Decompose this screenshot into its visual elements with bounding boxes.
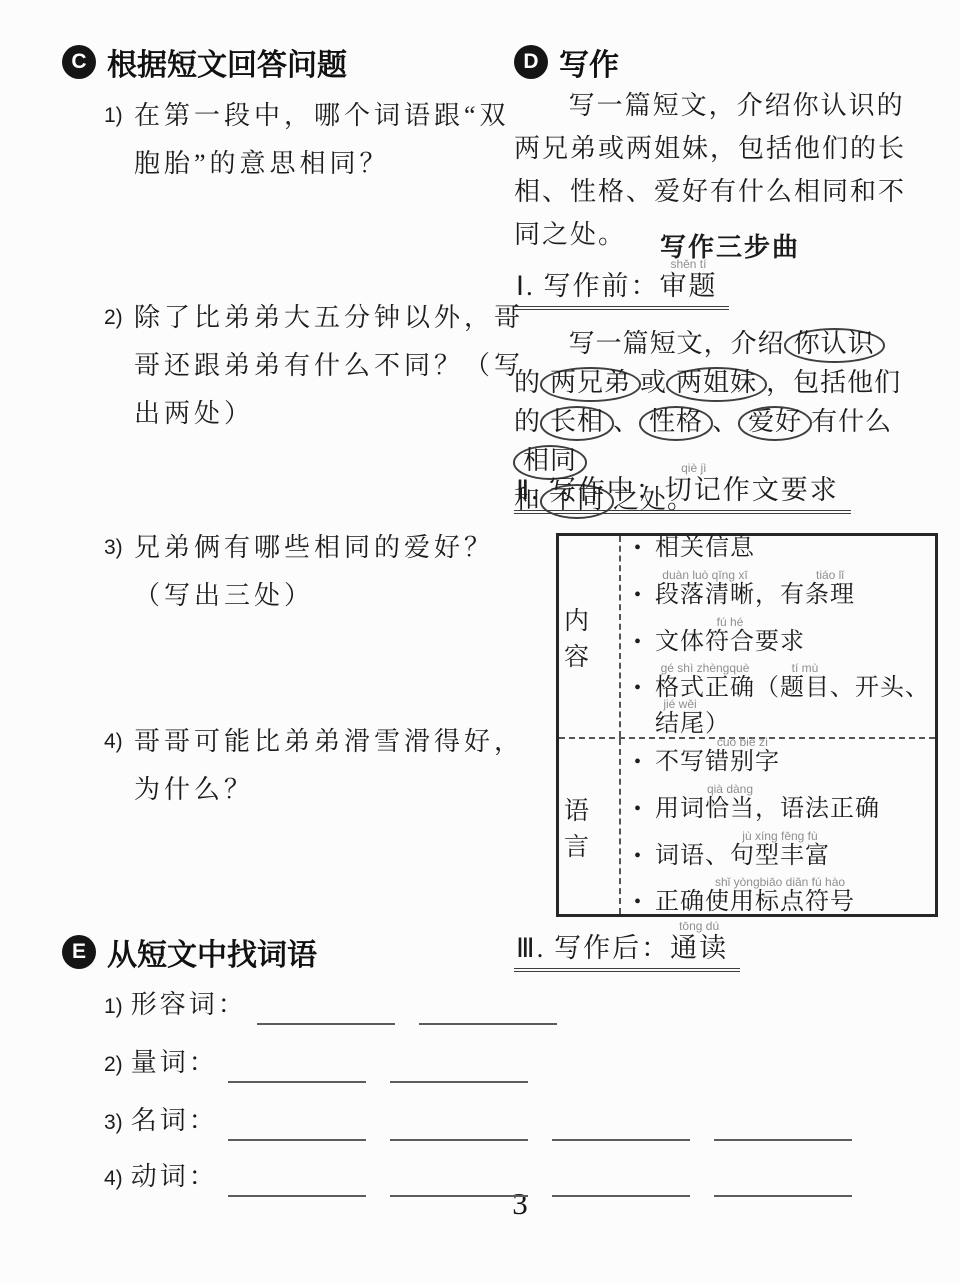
- question-text: 在第一段中，哪个词语跟“双胞胎”的意思相同？: [134, 92, 538, 188]
- item-label: 形容词：: [131, 990, 247, 1019]
- pinyin-annotated-word: 切记qiè jì: [665, 475, 723, 505]
- section-e-title: 从短文中找词语: [107, 930, 317, 974]
- pinyin-annotated-word: 句型丰富jù xíng fēng fù: [730, 843, 830, 869]
- circled-keyword: 两兄弟: [540, 367, 641, 402]
- item-number: 3): [104, 1111, 123, 1134]
- requirement-item: •段落清晰duàn luò qīng xī，有条理tiáo lǐ: [634, 569, 933, 610]
- question-text: 哥哥可能比弟弟滑雪滑得好，为什么？: [134, 718, 538, 814]
- question-text: 兄弟俩有哪些相同的爱好？（写出三处）: [134, 524, 538, 620]
- answer-blank[interactable]: [228, 1053, 366, 1083]
- pinyin-annotated-word: 条理tiáo lǐ: [805, 582, 855, 608]
- question-number: 2): [104, 294, 134, 438]
- writing-requirements-table: 内容•相关信息•段落清晰duàn luò qīng xī，有条理tiáo lǐ•…: [556, 533, 938, 917]
- pinyin-annotated-word: 错别字cuò bié zì: [705, 749, 780, 775]
- section-c-title: 根据短文回答问题: [107, 40, 347, 84]
- pinyin-annotated-word: 段落清晰duàn luò qīng xī: [655, 582, 755, 608]
- bullet-icon: •: [634, 890, 655, 914]
- table-row-label: 语言: [559, 739, 621, 914]
- section-d-title: 写作: [559, 40, 619, 84]
- pinyin-annotated-word: 符合fú hé: [705, 629, 755, 655]
- writing-step-heading: Ⅱ. 写作中：切记qiè jì作文要求: [514, 462, 851, 514]
- circled-keyword: 两姐妹: [666, 367, 767, 402]
- answer-blank[interactable]: [552, 1167, 690, 1197]
- table-row: 内容•相关信息•段落清晰duàn luò qīng xī，有条理tiáo lǐ•…: [559, 536, 935, 737]
- answer-blank[interactable]: [419, 995, 557, 1025]
- answer-blank[interactable]: [714, 1167, 852, 1197]
- question-item: 3)兄弟俩有哪些相同的爱好？（写出三处）: [104, 524, 538, 620]
- item-label: 量词：: [131, 1048, 218, 1077]
- section-d-marker-icon: D: [514, 45, 548, 79]
- pinyin-annotated-word: 使用标点符号shǐ yòngbiāo diǎn fú hào: [705, 889, 855, 915]
- question-number: 1): [104, 92, 134, 188]
- answer-blank[interactable]: [228, 1167, 366, 1197]
- circled-keyword: 性格: [639, 406, 713, 441]
- question-number: 3): [104, 524, 134, 620]
- table-row-content: •不写错别字cuò bié zì•用词恰当qià dàng，语法正确•词语、句型…: [621, 739, 935, 914]
- circled-keyword: 你认识: [784, 328, 885, 363]
- bullet-icon: •: [634, 630, 655, 654]
- question-number: 4): [104, 718, 134, 814]
- word-find-row: 3)名词：: [104, 1100, 866, 1141]
- bullet-icon: •: [634, 844, 655, 868]
- answer-blank[interactable]: [552, 1111, 690, 1141]
- section-d-header: D 写作: [514, 40, 619, 84]
- section-c-header: C 根据短文回答问题: [62, 40, 347, 84]
- step-underlined-text: Ⅱ. 写作中：切记qiè jì作文要求: [514, 462, 851, 514]
- table-row-label: 内容: [559, 536, 621, 737]
- answer-blank[interactable]: [390, 1167, 528, 1197]
- requirement-item: •相关信息: [634, 534, 933, 563]
- pinyin-annotated-word: 审题shěn tí: [659, 271, 717, 301]
- section-c-marker-icon: C: [62, 45, 96, 79]
- requirement-item: •文体符合fú hé要求: [634, 616, 933, 657]
- bullet-icon: •: [634, 750, 655, 774]
- table-row-content: •相关信息•段落清晰duàn luò qīng xī，有条理tiáo lǐ•文体…: [621, 536, 935, 737]
- answer-blank[interactable]: [390, 1111, 528, 1141]
- worksheet-page: C 根据短文回答问题 D 写作 写一篇短文，介绍你认识的两兄弟或两姐妹，包括他们…: [0, 0, 960, 1284]
- requirement-item: •词语、句型丰富jù xíng fēng fù: [634, 830, 933, 871]
- requirement-item: •正确使用标点符号shǐ yòngbiāo diǎn fú hào: [634, 876, 933, 917]
- section-e-marker-icon: E: [62, 935, 96, 969]
- answer-blank[interactable]: [714, 1111, 852, 1141]
- item-label: 动词：: [131, 1162, 218, 1191]
- bullet-icon: •: [634, 536, 655, 560]
- word-find-row: 4)动词：: [104, 1156, 866, 1197]
- requirement-item: •用词恰当qià dàng，语法正确: [634, 783, 933, 824]
- pinyin-annotated-word: 结尾jié wěi: [655, 711, 705, 737]
- item-number: 4): [104, 1167, 123, 1190]
- bullet-icon: •: [634, 797, 655, 821]
- circled-keyword: 爱好: [738, 406, 812, 441]
- circled-keyword: 长相: [540, 406, 614, 441]
- requirement-item: •格式正确gé shì zhèngquè（题目tí mù、开头、结尾jié wě…: [634, 662, 933, 739]
- item-number: 2): [104, 1053, 123, 1076]
- step-underlined-text: Ⅰ. 写作前：审题shěn tí: [514, 258, 729, 310]
- answer-blank[interactable]: [228, 1111, 366, 1141]
- table-row: 语言•不写错别字cuò bié zì•用词恰当qià dàng，语法正确•词语、…: [559, 737, 935, 914]
- writing-step-heading: Ⅰ. 写作前：审题shěn tí: [514, 258, 729, 310]
- question-item: 2)除了比弟弟大五分钟以外，哥哥还跟弟弟有什么不同？（写出两处）: [104, 294, 538, 438]
- writing-step-heading: Ⅲ. 写作后：通读tōng dú: [514, 920, 740, 972]
- pinyin-annotated-word: 恰当qià dàng: [705, 796, 755, 822]
- answer-blank[interactable]: [257, 995, 395, 1025]
- item-number: 1): [104, 995, 123, 1018]
- question-text: 除了比弟弟大五分钟以外，哥哥还跟弟弟有什么不同？（写出两处）: [134, 294, 538, 438]
- word-find-row: 1)形容词：: [104, 984, 571, 1025]
- pinyin-annotated-word: 通读tōng dú: [670, 933, 728, 963]
- question-item: 1)在第一段中，哪个词语跟“双胞胎”的意思相同？: [104, 92, 538, 188]
- item-label: 名词：: [131, 1106, 218, 1135]
- requirement-item: •不写错别字cuò bié zì: [634, 736, 933, 777]
- step-underlined-text: Ⅲ. 写作后：通读tōng dú: [514, 920, 740, 972]
- question-item: 4)哥哥可能比弟弟滑雪滑得好，为什么？: [104, 718, 538, 814]
- section-e-header: E 从短文中找词语: [62, 930, 317, 974]
- pinyin-annotated-word: 题目tí mù: [780, 675, 830, 701]
- answer-blank[interactable]: [390, 1053, 528, 1083]
- bullet-icon: •: [634, 583, 655, 607]
- word-find-row: 2)量词：: [104, 1042, 542, 1083]
- bullet-icon: •: [634, 676, 655, 700]
